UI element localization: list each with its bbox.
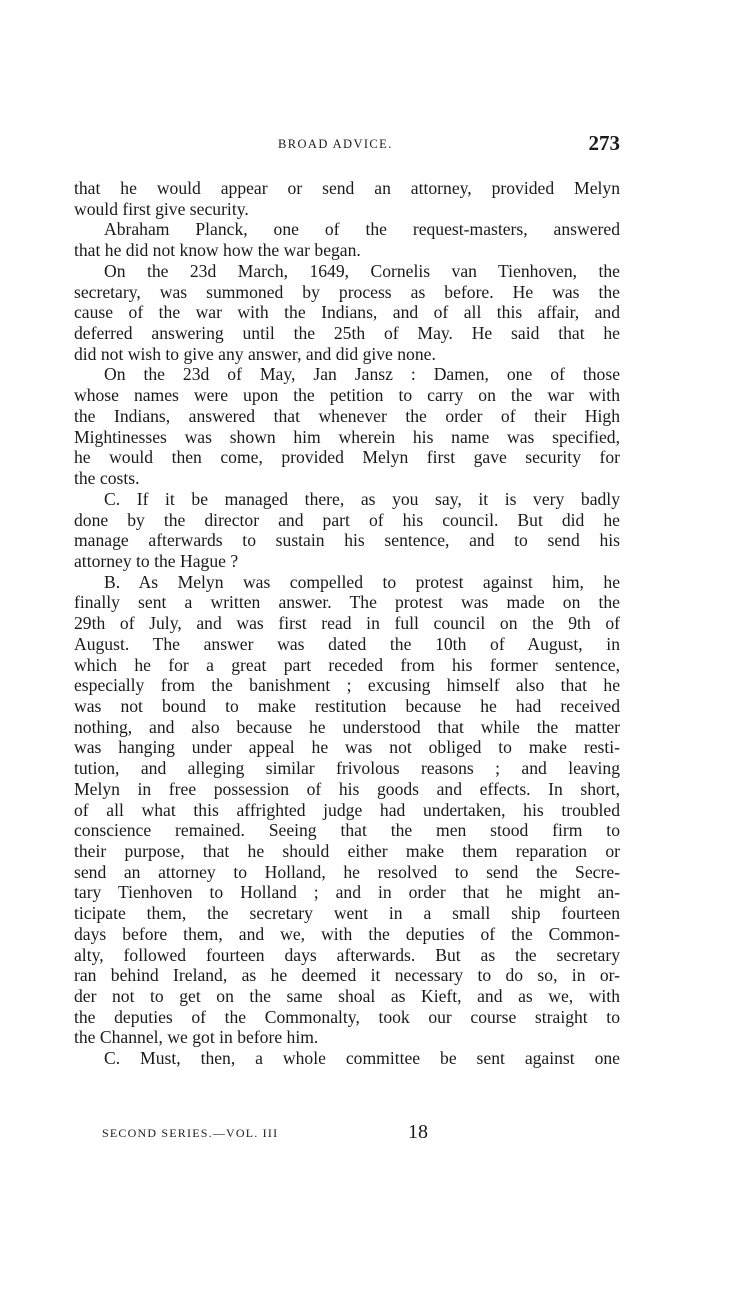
text-line: On the 23d March, 1649, Cornelis van Tie… — [74, 261, 620, 282]
text-line: that he did not know how the war began. — [74, 240, 620, 261]
text-line: Mightinesses was shown him wherein his n… — [74, 427, 620, 448]
text-line: 29th of July, and was first read in full… — [74, 613, 620, 634]
text-line: C. If it be managed there, as you say, i… — [74, 489, 620, 510]
text-line: On the 23d of May, Jan Jansz : Damen, on… — [74, 364, 620, 385]
page-footer: SECOND SERIES.—VOL. III 18 — [102, 1122, 622, 1146]
text-line: August. The answer was dated the 10th of… — [74, 634, 620, 655]
text-line: ran behind Ireland, as he deemed it nece… — [74, 965, 620, 986]
text-line: nothing, and also because he understood … — [74, 717, 620, 738]
text-line: he would then come, provided Melyn first… — [74, 447, 620, 468]
text-line: alty, followed fourteen days afterwards.… — [74, 945, 620, 966]
body-text: that he would appear or send an attorney… — [74, 178, 620, 1069]
text-line: especially from the banishment ; excusin… — [74, 675, 620, 696]
series-volume-label: SECOND SERIES.—VOL. III — [102, 1126, 278, 1141]
text-line: would first give security. — [74, 199, 620, 220]
text-line: Melyn in free possession of his goods an… — [74, 779, 620, 800]
text-line: was not bound to make restitution becaus… — [74, 696, 620, 717]
text-line: manage afterwards to sustain his sentenc… — [74, 530, 620, 551]
text-line: send an attorney to Holland, he resolved… — [74, 862, 620, 883]
text-line: of all what this affrighted judge had un… — [74, 800, 620, 821]
text-line: conscience remained. Seeing that the men… — [74, 820, 620, 841]
text-line: secretary, was summoned by process as be… — [74, 282, 620, 303]
running-header: BROAD ADVICE. 273 — [74, 133, 620, 157]
signature-mark: 18 — [408, 1121, 428, 1144]
text-line: tution, and alleging similar frivolous r… — [74, 758, 620, 779]
text-line: attorney to the Hague ? — [74, 551, 620, 572]
text-line: whose names were upon the petition to ca… — [74, 385, 620, 406]
text-line: the Channel, we got in before him. — [74, 1027, 620, 1048]
text-line: cause of the war with the Indians, and o… — [74, 302, 620, 323]
text-line: which he for a great part receded from h… — [74, 655, 620, 676]
text-line: tary Tienhoven to Holland ; and in order… — [74, 882, 620, 903]
text-line: that he would appear or send an attorney… — [74, 178, 620, 199]
text-line: finally sent a written answer. The prote… — [74, 592, 620, 613]
text-line: der not to get on the same shoal as Kief… — [74, 986, 620, 1007]
text-line: their purpose, that he should either mak… — [74, 841, 620, 862]
text-line: deferred answering until the 25th of May… — [74, 323, 620, 344]
text-line: did not wish to give any answer, and did… — [74, 344, 620, 365]
text-line: days before them, and we, with the deput… — [74, 924, 620, 945]
text-line: was hanging under appeal he was not obli… — [74, 737, 620, 758]
text-line: the deputies of the Commonalty, took our… — [74, 1007, 620, 1028]
text-line: C. Must, then, a whole committee be sent… — [74, 1048, 620, 1069]
text-line: B. As Melyn was compelled to protest aga… — [74, 572, 620, 593]
text-line: Abraham Planck, one of the request-maste… — [74, 219, 620, 240]
page-number: 273 — [589, 131, 621, 156]
text-line: the Indians, answered that whenever the … — [74, 406, 620, 427]
text-line: the costs. — [74, 468, 620, 489]
text-line: ticipate them, the secretary went in a s… — [74, 903, 620, 924]
text-line: done by the director and part of his cou… — [74, 510, 620, 531]
running-title: BROAD ADVICE. — [278, 137, 393, 152]
